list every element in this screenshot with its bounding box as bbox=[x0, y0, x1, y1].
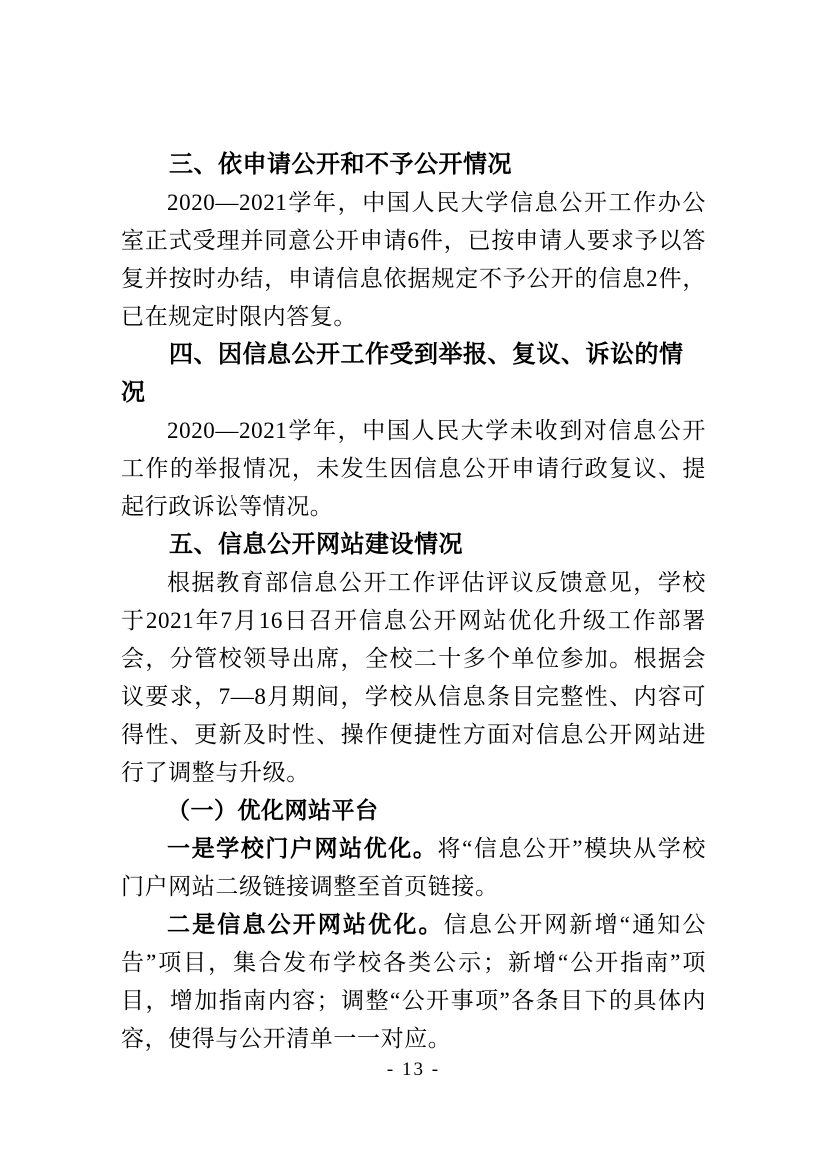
page-footer: - 13 - bbox=[0, 1058, 827, 1082]
item-2-lead: 二是信息公开网站优化。 bbox=[167, 912, 444, 937]
section-heading-5: 五、信息公开网站建设情况 bbox=[121, 526, 706, 564]
section-5-paragraph: 根据教育部信息公开工作评估评议反馈意见，学校于2021年7月16日召开信息公开网… bbox=[121, 564, 706, 792]
subsection-item-2: 二是信息公开网站优化。信息公开网新增“通知公告”项目，集合发布学校各类公示；新增… bbox=[121, 906, 706, 1058]
document-page: 三、依申请公开和不予公开情况 2020—2021学年，中国人民大学信息公开工作办… bbox=[0, 0, 827, 1170]
document-body: 三、依申请公开和不予公开情况 2020—2021学年，中国人民大学信息公开工作办… bbox=[121, 146, 706, 1058]
section-3-paragraph: 2020—2021学年，中国人民大学信息公开工作办公室正式受理并同意公开申请6件… bbox=[121, 184, 706, 336]
section-4-paragraph: 2020—2021学年，中国人民大学未收到对信息公开工作的举报情况，未发生因信息… bbox=[121, 412, 706, 526]
section-heading-3: 三、依申请公开和不予公开情况 bbox=[121, 146, 706, 184]
page-number: - 13 - bbox=[387, 1059, 440, 1080]
section-heading-4: 四、因信息公开工作受到举报、复议、诉讼的情况 bbox=[121, 336, 706, 412]
subsection-heading-1: （一）优化网站平台 bbox=[121, 792, 706, 830]
subsection-item-1: 一是学校门户网站优化。将“信息公开”模块从学校门户网站二级链接调整至首页链接。 bbox=[121, 830, 706, 906]
item-1-lead: 一是学校门户网站优化。 bbox=[167, 836, 437, 861]
